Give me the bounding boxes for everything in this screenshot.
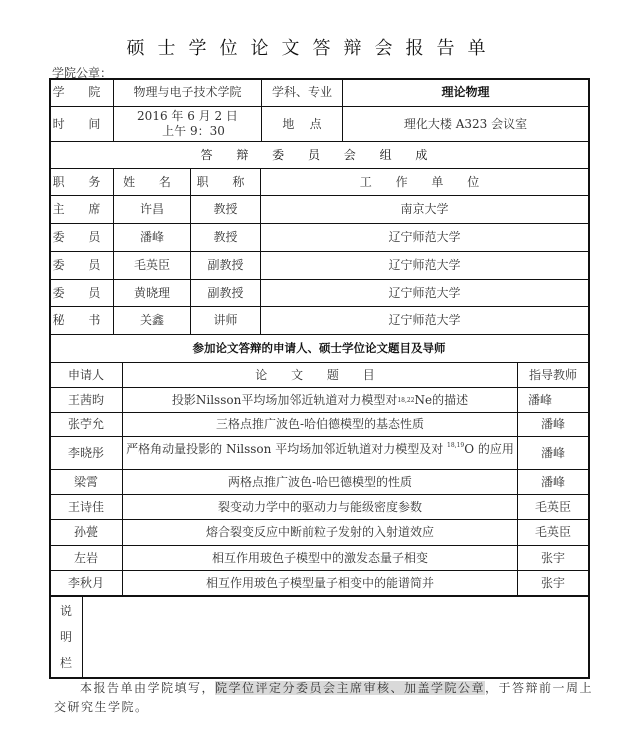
applicants-section-title: 参加论文答辩的申请人、硕士学位论文题目及导师 — [50, 335, 588, 362]
applicants-header-advisor: 指导教师 — [518, 363, 588, 387]
time-label: 时 间 — [50, 107, 113, 141]
remarks-label-char: 说 — [60, 598, 72, 624]
committee-header-rank: 职 称 — [191, 169, 260, 195]
thesis-title-pre: 严格角动量投影的 Nilsson 平均场加邻近轨道对力模型及对 — [126, 442, 447, 456]
committee-rank: 教授 — [191, 196, 260, 223]
committee-name: 潘峰 — [114, 224, 190, 251]
advisor-name: 潘峰 — [518, 413, 588, 436]
committee-name: 许昌 — [114, 196, 190, 223]
applicant-name: 王诗佳 — [50, 495, 122, 519]
committee-rank: 副教授 — [191, 280, 260, 306]
time-value: 2016 年 6 月 2 日 上午 9：30 — [114, 107, 261, 141]
footer-note-highlight: 院学位评定分委员会主席审核、加盖学院公章 — [215, 681, 485, 695]
thesis-title: 三格点推广波色-哈伯德模型的基态性质 — [123, 413, 517, 436]
applicants-header-name: 申请人 — [50, 363, 122, 387]
applicant-name: 孙甍 — [50, 520, 122, 545]
applicant-name: 左岩 — [50, 546, 122, 570]
advisor-name: 毛英臣 — [518, 520, 588, 545]
committee-rank: 教授 — [191, 224, 260, 251]
thesis-title-pre: 投影Nilsson平均场加邻近轨道对力模型对 — [172, 393, 397, 408]
committee-role: 主 席 — [50, 196, 113, 223]
thesis-title: 投影Nilsson平均场加邻近轨道对力模型对18,22Ne的描述 — [123, 388, 517, 412]
thesis-title: 严格角动量投影的 Nilsson 平均场加邻近轨道对力模型及对 18,19O 的… — [125, 437, 515, 469]
time-date: 2016 年 6 月 2 日 — [137, 109, 238, 124]
applicant-name: 李晓彤 — [50, 437, 122, 469]
committee-name: 关鑫 — [114, 307, 190, 334]
major-label: 学科、专业 — [262, 79, 342, 106]
advisor-name: 张宇 — [518, 546, 588, 570]
committee-affiliation: 辽宁师范大学 — [261, 307, 588, 334]
college-value: 物理与电子技术学院 — [114, 79, 261, 106]
applicants-header-title: 论 文 题 目 — [123, 363, 517, 387]
committee-header-role: 职 务 — [50, 169, 113, 195]
thesis-title: 相互作用玻色子模型量子相变中的能谱简并 — [123, 571, 517, 595]
committee-name: 毛英臣 — [114, 252, 190, 279]
committee-affiliation: 辽宁师范大学 — [261, 280, 588, 306]
footer-note: 本报告单由学院填写，院学位评定分委员会主席审核、加盖学院公章，于答辩前一周上交研… — [54, 679, 594, 717]
committee-role: 委 员 — [50, 224, 113, 251]
advisor-name: 潘峰 — [518, 470, 588, 494]
thesis-title: 两格点推广波色-哈巴德模型的性质 — [123, 470, 517, 494]
applicant-name: 王茜昀 — [50, 388, 122, 412]
remarks-label-char: 明 — [60, 624, 72, 650]
committee-header-name: 姓 名 — [114, 169, 190, 195]
major-value: 理论物理 — [343, 79, 588, 106]
applicant-name: 张苧允 — [50, 413, 122, 436]
applicant-name: 梁霄 — [50, 470, 122, 494]
thesis-title: 裂变动力学中的驱动力与能级密度参数 — [123, 495, 517, 519]
isotope-mass-superscript: 18,22 — [397, 393, 414, 408]
advisor-name: 毛英臣 — [518, 495, 588, 519]
committee-section-title: 答 辩 委 员 会 组 成 — [50, 142, 588, 168]
committee-role: 委 员 — [50, 252, 113, 279]
thesis-title: 相互作用玻色子模型中的激发态量子相变 — [123, 546, 517, 570]
remarks-label: 说 明 栏 — [50, 597, 82, 677]
isotope-mass-superscript: 18,19 — [447, 442, 464, 449]
committee-name: 黄晓理 — [114, 280, 190, 306]
applicant-name: 李秋月 — [50, 571, 122, 595]
thesis-title-post: Ne的描述 — [415, 393, 469, 408]
advisor-name: 潘峰 — [518, 388, 588, 412]
document-title: 硕士学位论文答辩会报告单 — [0, 34, 625, 60]
place-value: 理化大楼 A323 会议室 — [343, 107, 588, 141]
advisor-name: 张宇 — [518, 571, 588, 595]
thesis-title: 熔合裂变反应中断前粒子发射的入射道效应 — [123, 520, 517, 545]
committee-rank: 讲师 — [191, 307, 260, 334]
committee-role: 秘 书 — [50, 307, 113, 334]
committee-affiliation: 辽宁师范大学 — [261, 252, 588, 279]
committee-affiliation: 南京大学 — [261, 196, 588, 223]
committee-rank: 副教授 — [191, 252, 260, 279]
footer-note-pre: 本报告单由学院填写， — [80, 681, 215, 695]
time-hour: 上午 9：30 — [150, 124, 225, 139]
college-label: 学 院 — [50, 79, 113, 106]
committee-affiliation: 辽宁师范大学 — [261, 224, 588, 251]
advisor-name: 潘峰 — [518, 437, 588, 469]
committee-header-affiliation: 工 作 单 位 — [261, 169, 588, 195]
remarks-content — [83, 597, 588, 677]
thesis-title-post: O 的应用 — [464, 442, 514, 456]
place-label: 地 点 — [262, 107, 342, 141]
remarks-label-char: 栏 — [60, 650, 72, 676]
committee-role: 委 员 — [50, 280, 113, 306]
